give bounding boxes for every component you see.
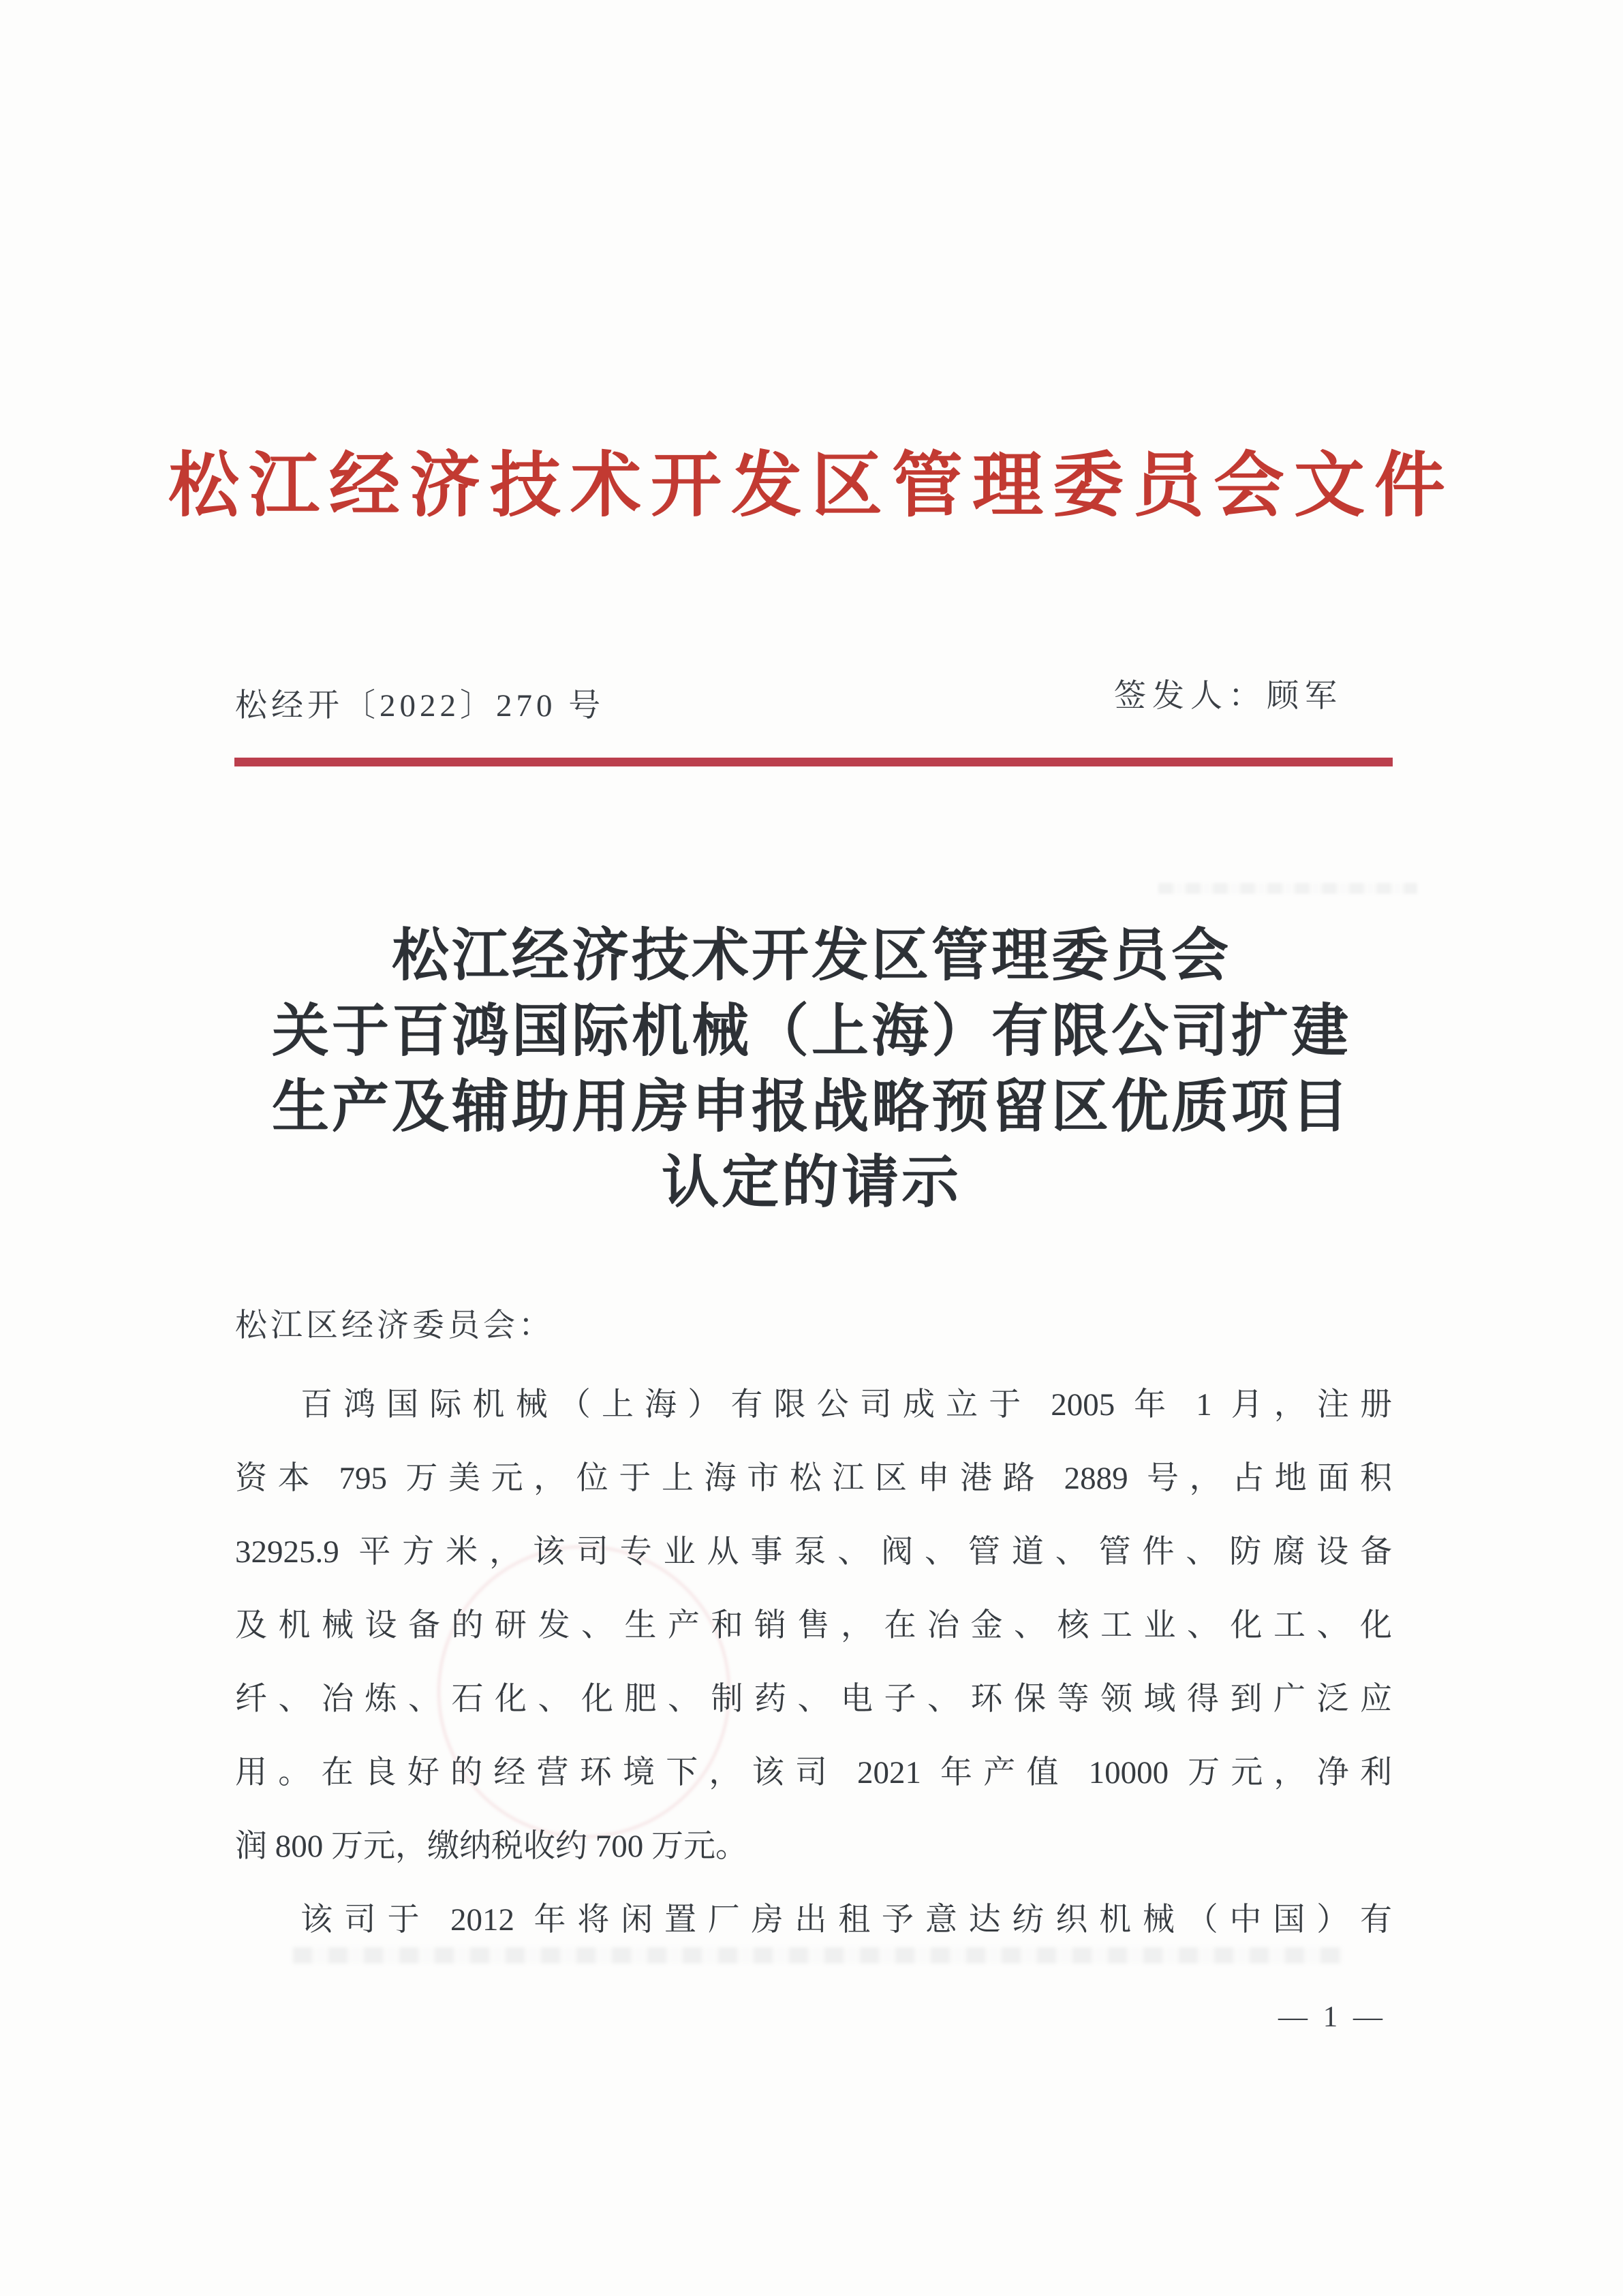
paragraph: 该司于 2012 年将闲置厂房出租予意达纺织机械（中国）有	[235, 1883, 1392, 1957]
title-line: 认定的请示	[0, 1145, 1623, 1221]
document-masthead: 松江经济技术开发区管理委员会文件	[0, 428, 1623, 530]
document-number: 松经开〔2022〕270 号	[235, 680, 604, 726]
body-line: 资本 795 万美元，位于上海市松江区申港路 2889 号，占地面积	[235, 1442, 1392, 1515]
body-line: 用。在良好的经营环境下，该司 2021 年产值 10000 万元，净利	[235, 1736, 1392, 1810]
body-line: 百鸿国际机械（上海）有限公司成立于 2005 年 1 月，注册	[235, 1368, 1392, 1442]
title-line: 关于百鸿国际机械（上海）有限公司扩建	[0, 994, 1623, 1070]
page-number: — 1 —	[1278, 2000, 1387, 2034]
title-line: 松江经济技术开发区管理委员会	[0, 918, 1623, 994]
paragraph: 百鸿国际机械（上海）有限公司成立于 2005 年 1 月，注册 资本 795 万…	[235, 1368, 1392, 1883]
body-text: 百鸿国际机械（上海）有限公司成立于 2005 年 1 月，注册 资本 795 万…	[235, 1368, 1392, 1957]
body-line: 纤、冶炼、石化、化肥、制药、电子、环保等领域得到广泛应	[235, 1662, 1392, 1736]
title-line: 生产及辅助用房申报战略预留区优质项目	[0, 1070, 1623, 1145]
document-title: 松江经济技术开发区管理委员会 关于百鸿国际机械（上海）有限公司扩建 生产及辅助用…	[0, 918, 1623, 1221]
document-number-row: 松经开〔2022〕270 号 签发人：顾军	[235, 680, 1392, 726]
red-divider-rule	[234, 758, 1393, 766]
ink-bleed-artifact	[1158, 883, 1417, 894]
body-line: 32925.9 平方米，该司专业从事泵、阀、管道、管件、防腐设备	[235, 1515, 1392, 1589]
body-line: 及机械设备的研发、生产和销售，在冶金、核工业、化工、化	[235, 1589, 1392, 1662]
body-line: 润 800 万元，缴纳税收约 700 万元。	[235, 1810, 1392, 1883]
signer-name: 签发人：顾军	[1114, 670, 1392, 716]
document-page: 松江经济技术开发区管理委员会文件 松经开〔2022〕270 号 签发人：顾军 松…	[0, 0, 1623, 2296]
body-line: 该司于 2012 年将闲置厂房出租予意达纺织机械（中国）有	[235, 1883, 1392, 1957]
salutation: 松江区经济委员会：	[235, 1300, 554, 1346]
